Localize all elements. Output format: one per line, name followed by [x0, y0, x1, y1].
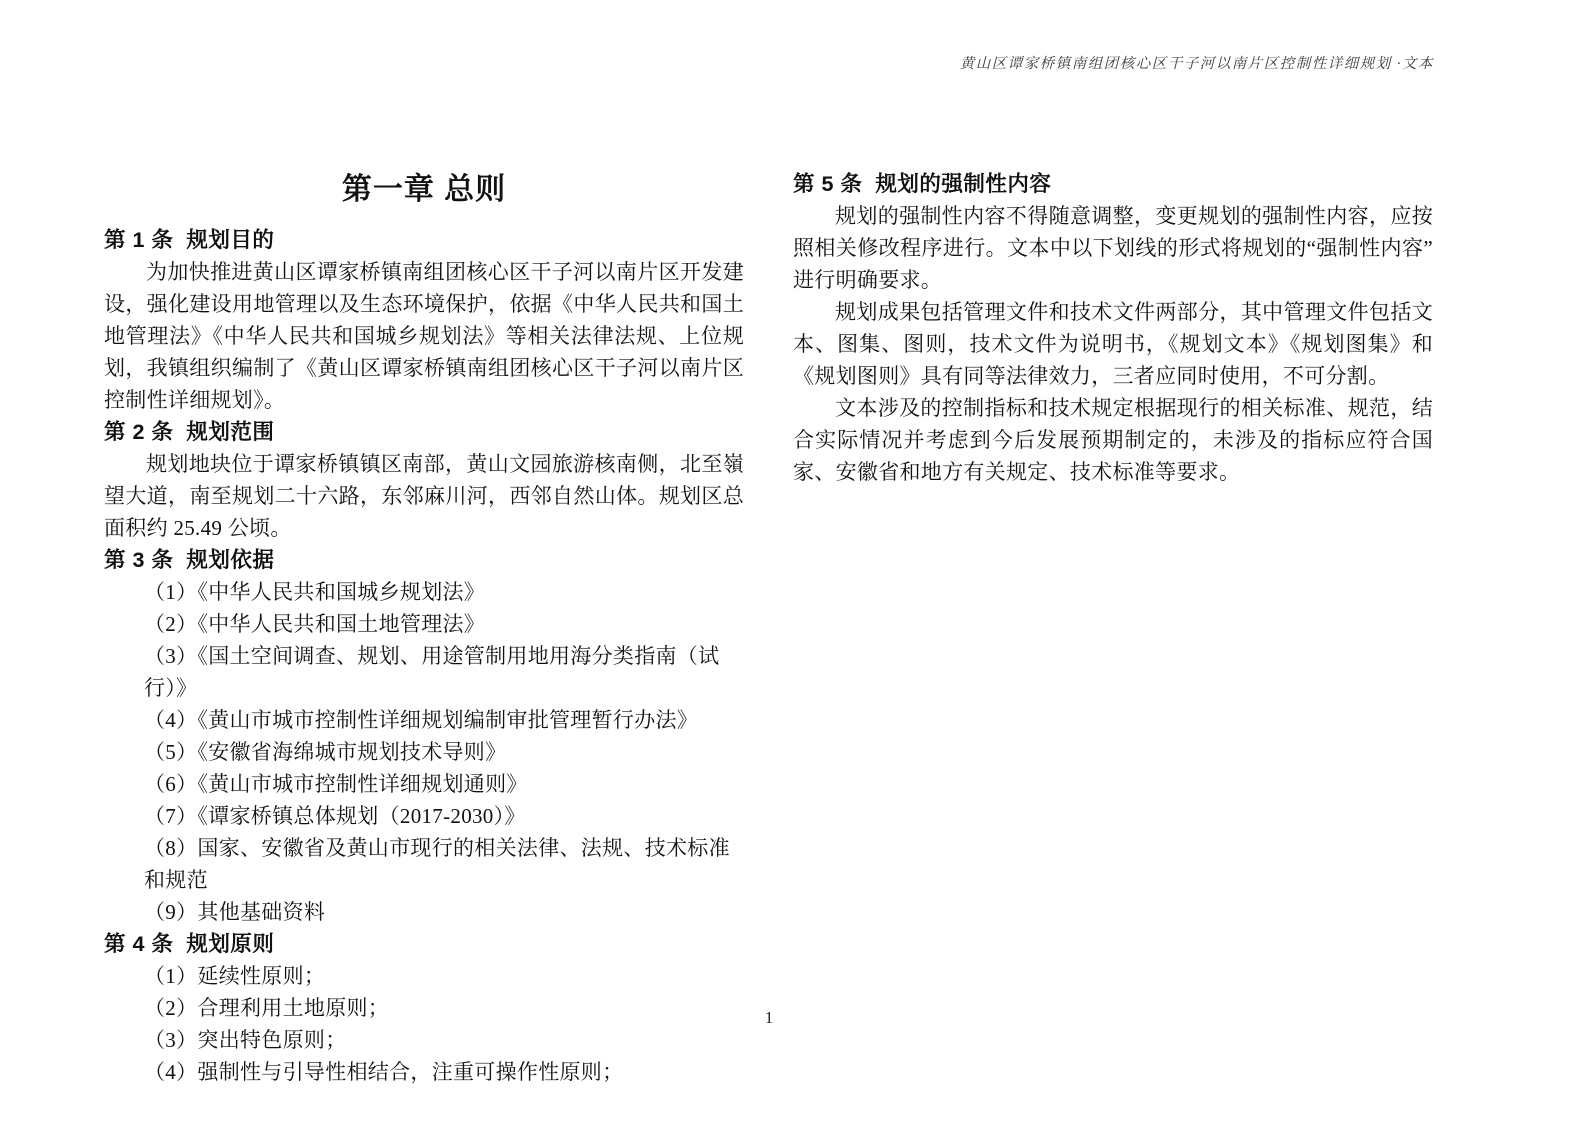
list-item: （3）突出特色原则；: [104, 1024, 744, 1056]
document-page: 黄山区谭家桥镇南组团核心区干子河以南片区控制性详细规划 ·文本 第一章 总则 第…: [0, 0, 1587, 1122]
article-3-label: 第 3 条: [104, 548, 173, 572]
list-item: （4）强制性与引导性相结合，注重可操作性原则；: [104, 1056, 744, 1088]
article-5-paragraph: 文本涉及的控制指标和技术规定根据现行的相关标准、规范，结合实际情况并考虑到今后发…: [793, 392, 1433, 488]
list-item: （6）《黄山市城市控制性详细规划通则》: [104, 768, 744, 800]
article-2-heading: 第 2 条规划范围: [104, 416, 744, 448]
list-item: （1）《中华人民共和国城乡规划法》: [104, 576, 744, 608]
left-column: 第一章 总则 第 1 条规划目的 为加快推进黄山区谭家桥镇南组团核心区干子河以南…: [104, 170, 744, 1088]
article-2-title: 规划范围: [186, 420, 274, 444]
right-column: 第 5 条规划的强制性内容 规划的强制性内容不得随意调整，变更规划的强制性内容，…: [793, 168, 1433, 488]
article-3-heading: 第 3 条规划依据: [104, 544, 744, 576]
article-5-title: 规划的强制性内容: [875, 172, 1051, 196]
list-item: （4）《黄山市城市控制性详细规划编制审批管理暂行办法》: [104, 704, 744, 736]
list-item: （9）其他基础资料: [104, 896, 744, 928]
list-item: （2）《中华人民共和国土地管理法》: [104, 608, 744, 640]
article-2-paragraph: 规划地块位于谭家桥镇镇区南部，黄山文园旅游核南侧，北至嶺望大道，南至规划二十六路…: [104, 448, 744, 544]
article-1-heading: 第 1 条规划目的: [104, 224, 744, 256]
article-5-label: 第 5 条: [793, 172, 862, 196]
article-5-paragraph: 规划成果包括管理文件和技术文件两部分，其中管理文件包括文本、图集、图则，技术文件…: [793, 296, 1433, 392]
list-item: （8）国家、安徽省及黄山市现行的相关法律、法规、技术标准和规范: [104, 832, 744, 896]
list-item: （7）《谭家桥镇总体规划（2017-2030）》: [104, 800, 744, 832]
article-3-title: 规划依据: [186, 548, 274, 572]
article-1-paragraph: 为加快推进黄山区谭家桥镇南组团核心区干子河以南片区开发建设，强化建设用地管理以及…: [104, 256, 744, 416]
article-5-paragraph: 规划的强制性内容不得随意调整，变更规划的强制性内容，应按照相关修改程序进行。文本…: [793, 200, 1433, 296]
article-4-heading: 第 4 条规划原则: [104, 928, 744, 960]
list-item: （3）《国土空间调查、规划、用途管制用地用海分类指南（试行）》: [104, 640, 744, 704]
list-item: （1）延续性原则；: [104, 960, 744, 992]
chapter-title: 第一章 总则: [104, 170, 744, 210]
article-5-heading: 第 5 条规划的强制性内容: [793, 168, 1433, 200]
running-header: 黄山区谭家桥镇南组团核心区干子河以南片区控制性详细规划 ·文本: [104, 52, 1434, 73]
list-item: （5）《安徽省海绵城市规划技术导则》: [104, 736, 744, 768]
article-2-label: 第 2 条: [104, 420, 173, 444]
article-4-label: 第 4 条: [104, 932, 173, 956]
article-4-title: 规划原则: [186, 932, 274, 956]
article-1-title: 规划目的: [186, 228, 274, 252]
page-number: 1: [104, 1008, 1434, 1028]
article-1-label: 第 1 条: [104, 228, 173, 252]
